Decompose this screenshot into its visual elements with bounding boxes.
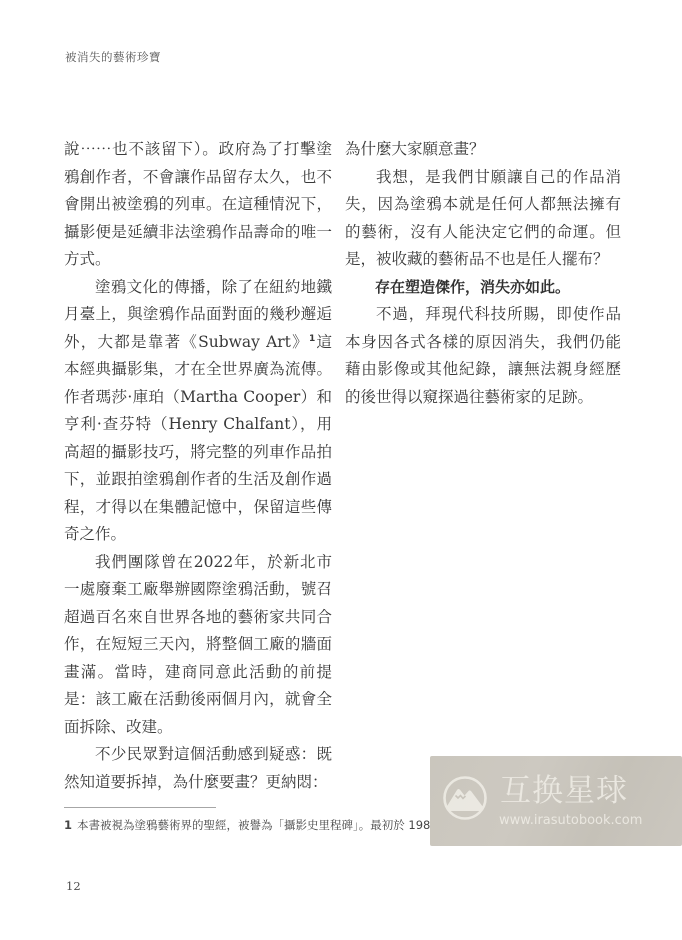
footnote-divider [64, 807, 216, 808]
body-paragraph: 說⋯⋯也不該留下）。政府為了打擊塗鴉創作者，不會讓作品留存太久，也不會開出被塗鴉… [64, 136, 332, 274]
mountain-logo-icon [442, 775, 488, 821]
footnote-marker: 1 [64, 818, 72, 832]
text-run: 為什麼大家願意畫？ [345, 140, 485, 158]
left-column: 說⋯⋯也不該留下）。政府為了打擊塗鴉創作者，不會讓作品留存太久，也不會開出被塗鴉… [64, 136, 332, 796]
footnote-text: 本書被視為塗鴉藝術界的聖經，被譽為「攝影史里程碑」。最初於 198 [77, 818, 430, 832]
watermark: 互换星球 www.irasutobook.com [430, 756, 682, 846]
text-run: 這本經典攝影集，才在全世界廣為流傳。作者瑪莎·庫珀（Martha Cooper）… [64, 333, 332, 544]
watermark-url: www.irasutobook.com [499, 813, 642, 828]
body-paragraph: 我想，是我們甘願讓自己的作品消失，因為塗鴉本就是任何人都無法擁有的藝術，沒有人能… [345, 164, 621, 274]
text-run: 說⋯⋯也不該留下）。政府為了打擊塗鴉創作者，不會讓作品留存太久，也不會開出被塗鴉… [64, 140, 332, 268]
text-run: 不過，拜現代科技所賜，即使作品本身因各式各樣的原因消失，我們仍能藉由影像或其他紀… [345, 305, 621, 406]
text-run: 不少民眾對這個活動感到疑惑：既然知道要拆掉，為什麼要畫？更納悶： [64, 745, 332, 791]
body-paragraph: 塗鴉文化的傳播，除了在紐約地鐵月臺上，與塗鴉作品面對面的幾秒邂逅外，大都是靠著《… [64, 274, 332, 549]
right-column: 為什麼大家願意畫？ 我想，是我們甘願讓自己的作品消失，因為塗鴉本就是任何人都無法… [345, 136, 621, 411]
text-run: 塗鴉文化的傳播，除了在紐約地鐵月臺上，與塗鴉作品面對面的幾秒邂逅外，大都是靠著《… [64, 278, 332, 351]
text-run: 存在塑造傑作，消失亦如此。 [375, 278, 570, 296]
text-run: 我們團隊曾在2022年，於新北市一處廢棄工廠舉辦國際塗鴉活動，號召超過百名來自世… [64, 553, 332, 736]
running-header: 被消失的藝術珍寶 [65, 49, 161, 65]
book-page: 被消失的藝術珍寶 說⋯⋯也不該留下）。政府為了打擊塗鴉創作者，不會讓作品留存太久… [0, 0, 682, 940]
body-paragraph: 我們團隊曾在2022年，於新北市一處廢棄工廠舉辦國際塗鴉活動，號召超過百名來自世… [64, 549, 332, 742]
page-number: 12 [66, 879, 81, 893]
body-paragraph: 為什麼大家願意畫？ [345, 136, 621, 164]
watermark-brand: 互换星球 [500, 772, 628, 810]
body-paragraph: 不過，拜現代科技所賜，即使作品本身因各式各樣的原因消失，我們仍能藉由影像或其他紀… [345, 301, 621, 411]
body-paragraph: 不少民眾對這個活動感到疑惑：既然知道要拆掉，為什麼要畫？更納悶： [64, 741, 332, 796]
emphasis-line: 存在塑造傑作，消失亦如此。 [345, 274, 621, 302]
text-run: 我想，是我們甘願讓自己的作品消失，因為塗鴉本就是任何人都無法擁有的藝術，沒有人能… [345, 168, 621, 269]
